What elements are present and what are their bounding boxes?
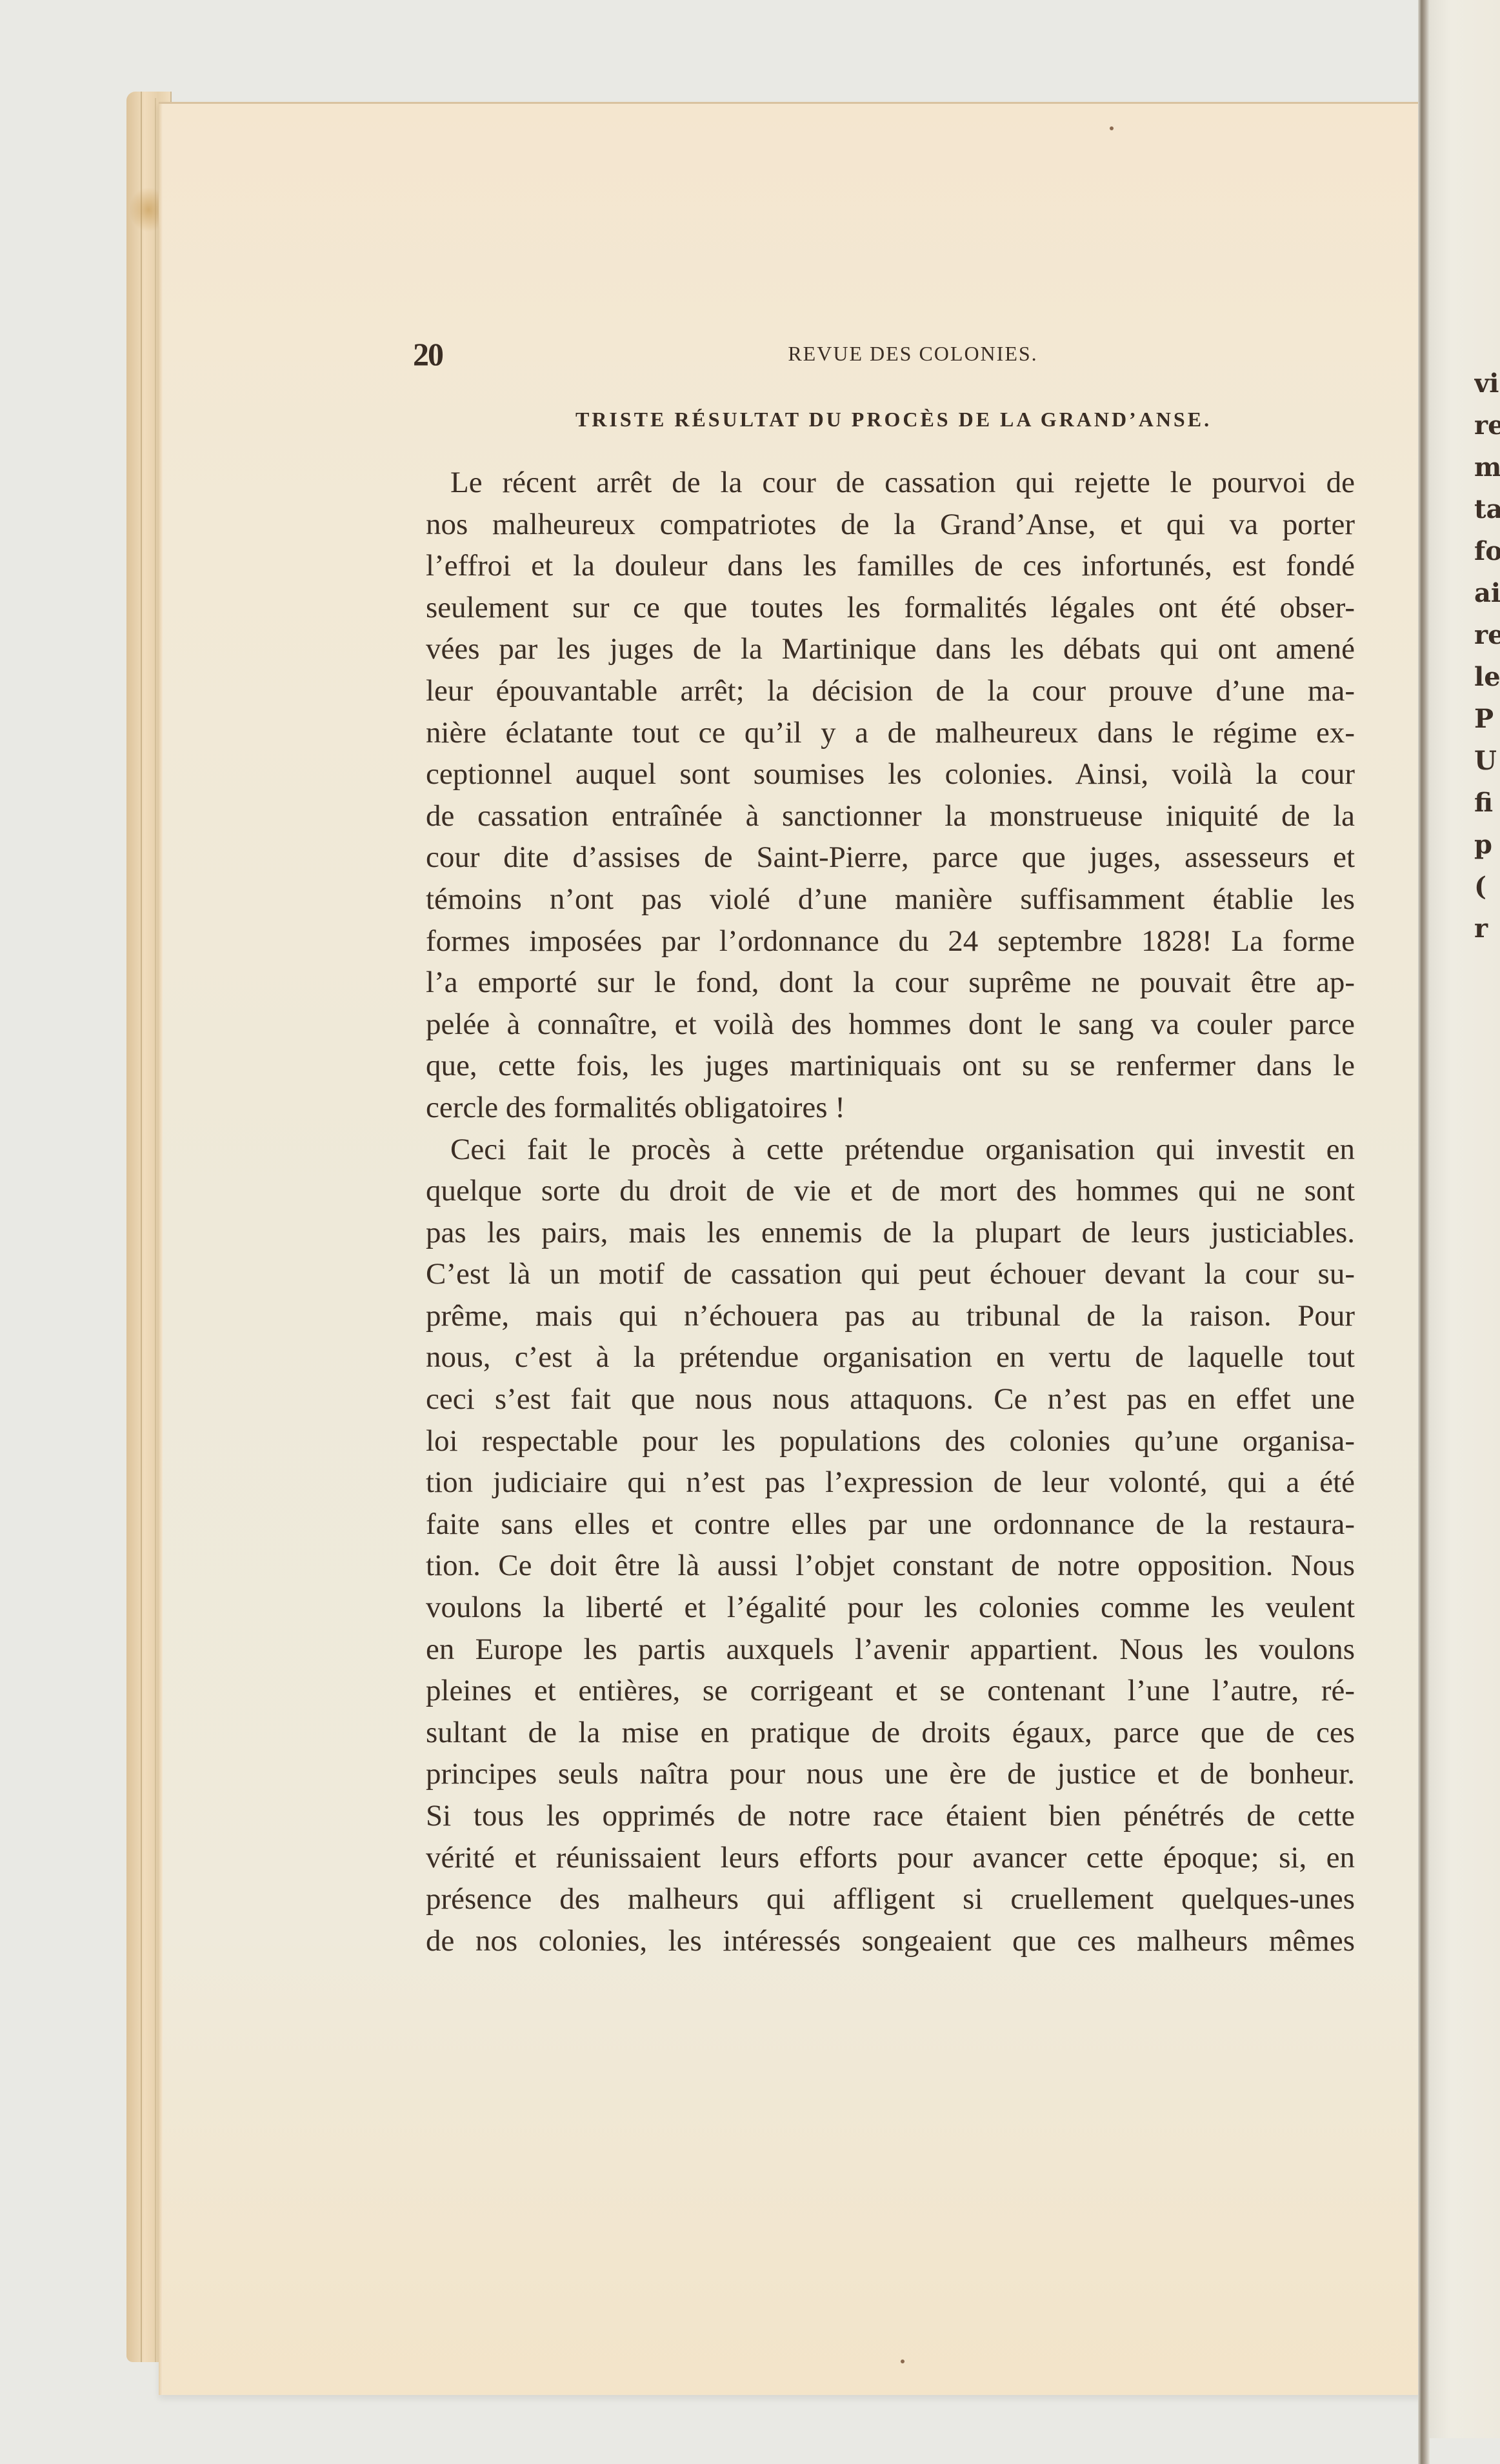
text-line: pleines et entières, se corrigeant et se…: [426, 1670, 1355, 1712]
text-line: nous, c’est à la prétendue organisation …: [426, 1336, 1355, 1378]
text-line: cercle des formalités obligatoires !: [426, 1087, 1355, 1129]
text-line: de nos colonies, les intéressés songeaie…: [426, 1920, 1355, 1962]
text-line: tion. Ce doit être là aussi l’objet cons…: [426, 1545, 1355, 1587]
article-body: Le récent arrêt de la cour de cassation …: [426, 462, 1355, 1962]
article-title: TRISTE RÉSULTAT DU PROCÈS DE LA GRAND’AN…: [413, 408, 1374, 432]
text-line: nos malheureux compatriotes de la Grand’…: [426, 504, 1355, 546]
fragment-line: le: [1474, 656, 1500, 698]
fragment-line: vi: [1474, 363, 1500, 404]
text-line: cour dite d’assises de Saint-Pierre, par…: [426, 837, 1355, 879]
text-line: ceci s’est fait que nous nous attaquons.…: [426, 1378, 1355, 1420]
text-line: voulons la liberté et l’égalité pour les…: [426, 1587, 1355, 1629]
text-line: tion judiciaire qui n’est pas l’expressi…: [426, 1462, 1355, 1504]
fragment-line: U: [1474, 740, 1500, 782]
text-line: témoins n’ont pas violé d’une manière su…: [426, 879, 1355, 920]
fragment-line: ai: [1474, 572, 1500, 614]
text-line: vées par les juges de la Martinique dans…: [426, 628, 1355, 670]
ink-speck: [1110, 126, 1114, 130]
text-line: pas les pairs, mais les ennemis de la pl…: [426, 1212, 1355, 1254]
text-line: Ceci fait le procès à cette prétendue or…: [426, 1129, 1355, 1171]
ink-speck: [901, 2360, 905, 2363]
running-head: 20 REVUE DES COLONIES.: [413, 335, 1374, 374]
text-line: quelque sorte du droit de vie et de mort…: [426, 1170, 1355, 1212]
text-line: Le récent arrêt de la cour de cassation …: [426, 462, 1355, 504]
book-gutter: [1418, 0, 1430, 2464]
journal-title: REVUE DES COLONIES.: [413, 342, 1374, 366]
fragment-line: re: [1474, 404, 1500, 446]
fragment-line: re: [1474, 614, 1500, 656]
fragment-line: r: [1474, 908, 1500, 949]
text-line: l’effroi et la douleur dans les familles…: [426, 545, 1355, 587]
fragment-line: (: [1474, 866, 1500, 908]
text-line: sultant de la mise en pratique de droits…: [426, 1712, 1355, 1754]
fragment-line: p: [1474, 824, 1500, 866]
facing-page-text-fragment: vi re m ta fo ai re le P U fi p ( r: [1474, 363, 1500, 949]
text-line: l’a emporté sur le fond, dont la cour su…: [426, 962, 1355, 1004]
text-line: que, cette fois, les juges martiniquais …: [426, 1045, 1355, 1087]
fragment-line: fi: [1474, 782, 1500, 824]
text-line: de cassation entraînée à sanctionner la …: [426, 795, 1355, 837]
text-line: formes imposées par l’ordonnance du 24 s…: [426, 920, 1355, 962]
text-line: pelée à connaître, et voilà des hommes d…: [426, 1004, 1355, 1046]
text-line: vérité et réunissaient leurs efforts pou…: [426, 1837, 1355, 1879]
text-line: prême, mais qui n’échouera pas au tribun…: [426, 1295, 1355, 1337]
text-line: C’est là un motif de cassation qui peut …: [426, 1253, 1355, 1295]
page-edge-shadow: [159, 104, 163, 2395]
fragment-line: fo: [1474, 530, 1500, 572]
text-line: faite sans elles et contre elles par une…: [426, 1504, 1355, 1545]
text-line: leur épouvantable arrêt; la décision de …: [426, 670, 1355, 712]
text-line: en Europe les partis auxquels l’avenir a…: [426, 1629, 1355, 1671]
text-line: loi respectable pour les populations des…: [426, 1420, 1355, 1462]
text-line: principes seuls naîtra pour nous une ère…: [426, 1753, 1355, 1795]
text-line: seulement sur ce que toutes les formalit…: [426, 587, 1355, 629]
text-line: ceptionnel auquel sont soumises les colo…: [426, 753, 1355, 795]
text-line: Si tous les opprimés de notre race étaie…: [426, 1795, 1355, 1837]
fragment-line: m: [1474, 446, 1500, 488]
fragment-line: P: [1474, 698, 1500, 740]
text-line: nière éclatante tout ce qu’il y a de mal…: [426, 712, 1355, 754]
text-line: présence des malheurs qui affligent si c…: [426, 1878, 1355, 1920]
fragment-line: ta: [1474, 488, 1500, 530]
